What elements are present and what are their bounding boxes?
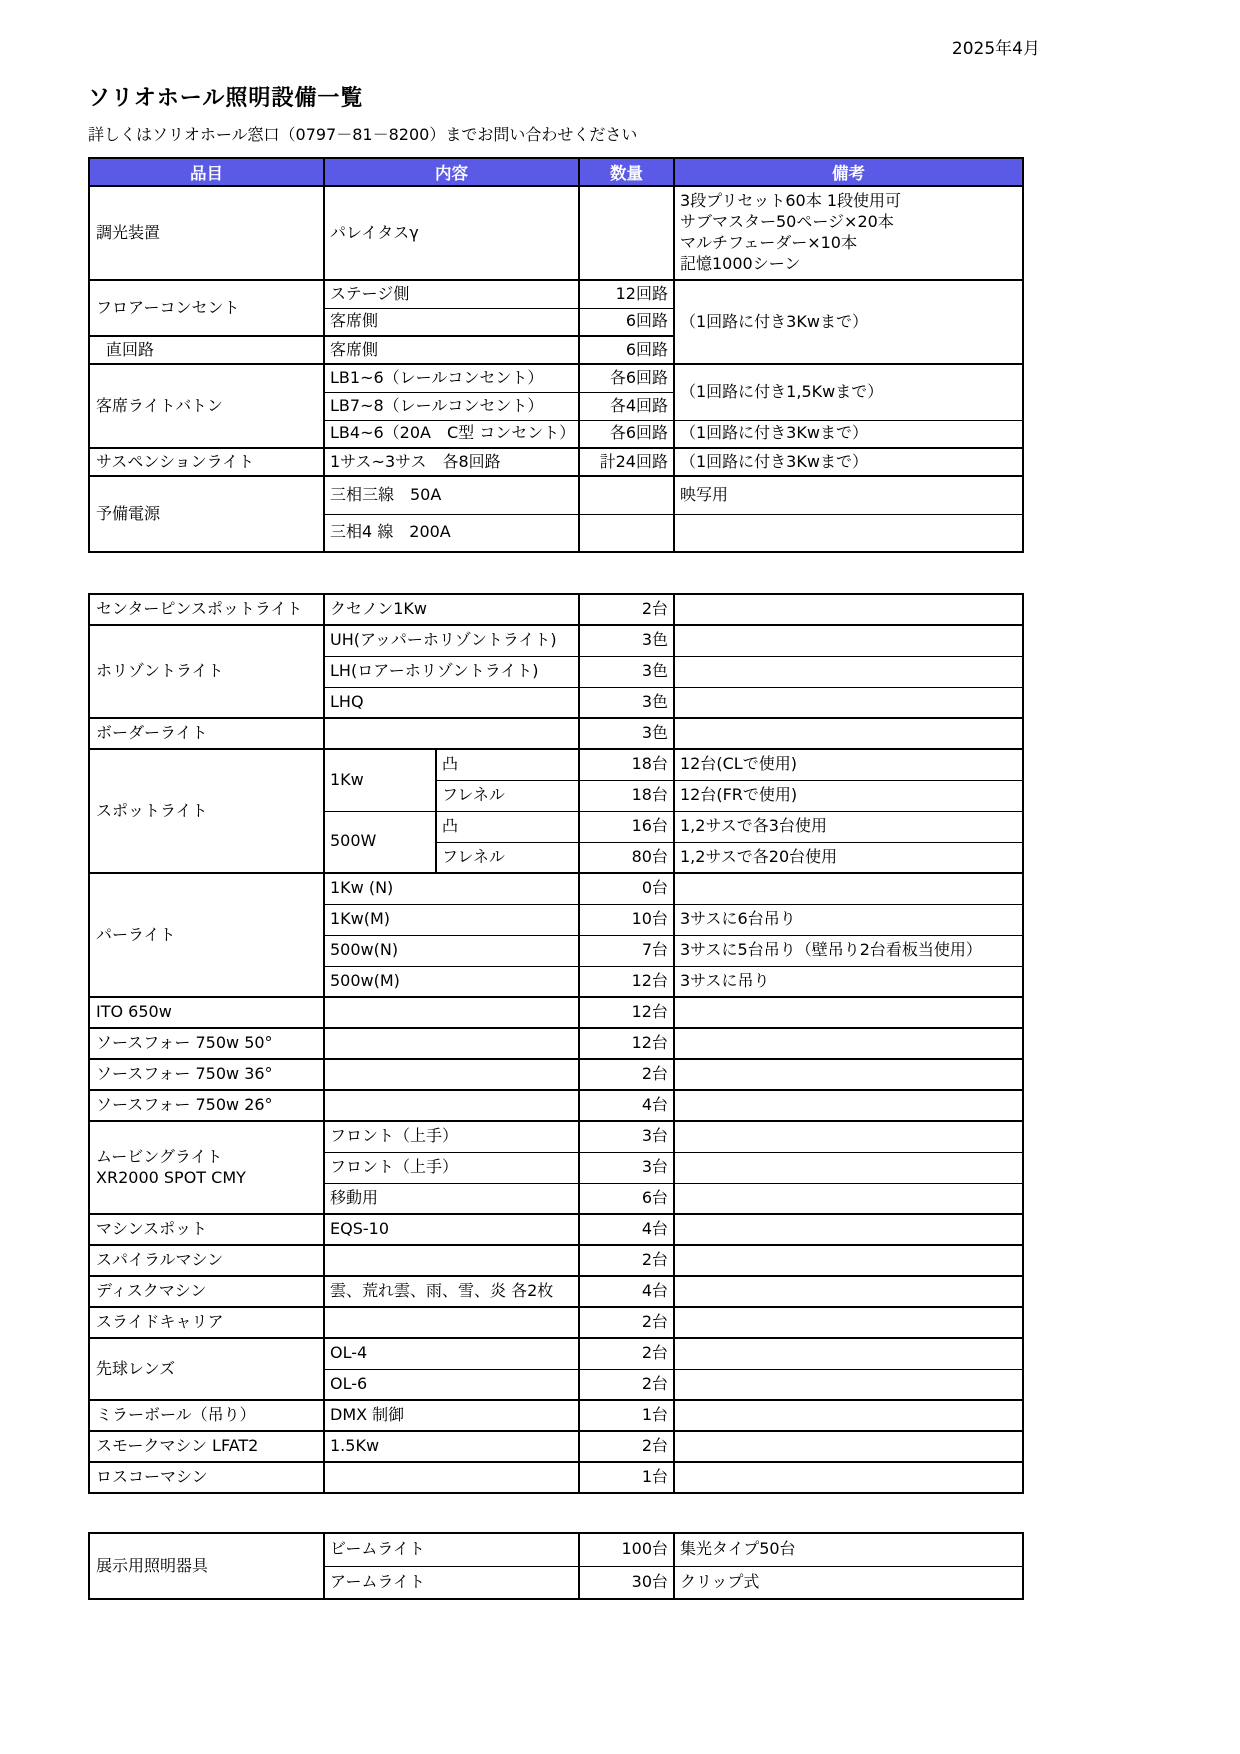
cell-item: センターピンスポットライト bbox=[89, 594, 324, 625]
cell-qty: 30台 bbox=[579, 1566, 674, 1599]
table-row: ボーダーライト 3色 bbox=[89, 718, 1023, 749]
cell-content: LB4~6（20A C型 コンセント） bbox=[324, 420, 579, 448]
cell-qty: 12台 bbox=[579, 966, 674, 997]
cell-qty: 3色 bbox=[579, 625, 674, 656]
table-row: 先球レンズ OL-4 2台 bbox=[89, 1338, 1023, 1369]
cell-note bbox=[674, 997, 1023, 1028]
cell-content: フロント（上手） bbox=[324, 1152, 579, 1183]
cell-note bbox=[674, 1307, 1023, 1338]
cell-content: 500w(N) bbox=[324, 935, 579, 966]
cell-qty: 3色 bbox=[579, 687, 674, 718]
cell-content: 三相三線 50A bbox=[324, 476, 579, 514]
cell-content: ステージ側 bbox=[324, 280, 579, 308]
column-header-content: 内容 bbox=[324, 158, 579, 186]
table-row: ミラーボール（吊り） DMX 制御 1台 bbox=[89, 1400, 1023, 1431]
cell-qty: 18台 bbox=[579, 749, 674, 780]
table-row: スライドキャリア 2台 bbox=[89, 1307, 1023, 1338]
cell-note bbox=[674, 1369, 1023, 1400]
cell-qty: 7台 bbox=[579, 935, 674, 966]
cell-qty: 1台 bbox=[579, 1462, 674, 1493]
cell-subtype: 500W bbox=[324, 811, 436, 873]
cell-qty: 12台 bbox=[579, 1028, 674, 1059]
cell-content bbox=[324, 1307, 579, 1338]
cell-qty: 12回路 bbox=[579, 280, 674, 308]
cell-content: 1Kw (N) bbox=[324, 873, 579, 904]
cell-content bbox=[324, 1059, 579, 1090]
cell-item: スパイラルマシン bbox=[89, 1245, 324, 1276]
table-header-row: 品目 内容 数量 備考 bbox=[89, 158, 1023, 186]
cell-item: ソースフォー 750w 50° bbox=[89, 1028, 324, 1059]
cell-content: 客席側 bbox=[324, 308, 579, 336]
cell-qty: 2台 bbox=[579, 1338, 674, 1369]
cell-lens-type: フレネル bbox=[436, 842, 579, 873]
cell-qty: 4台 bbox=[579, 1276, 674, 1307]
cell-qty: 2台 bbox=[579, 1369, 674, 1400]
spacer bbox=[88, 553, 1040, 593]
table-row: スモークマシン LFAT2 1.5Kw 2台 bbox=[89, 1431, 1023, 1462]
cell-content: EQS-10 bbox=[324, 1214, 579, 1245]
cell-note bbox=[674, 1059, 1023, 1090]
cell-lens-type: 凸 bbox=[436, 811, 579, 842]
cell-content: OL-4 bbox=[324, 1338, 579, 1369]
cell-qty: 1台 bbox=[579, 1400, 674, 1431]
table-row: フロアーコンセント ステージ側 12回路 （1回路に付き3Kwまで） bbox=[89, 280, 1023, 308]
cell-content: 雲、荒れ雲、雨、雪、炎 各2枚 bbox=[324, 1276, 579, 1307]
cell-content: LB7~8（レールコンセント） bbox=[324, 392, 579, 420]
cell-qty: 2台 bbox=[579, 594, 674, 625]
cell-qty: 2台 bbox=[579, 1245, 674, 1276]
cell-qty: 6回路 bbox=[579, 336, 674, 364]
cell-qty: 2台 bbox=[579, 1059, 674, 1090]
cell-content bbox=[324, 1245, 579, 1276]
cell-qty: 各4回路 bbox=[579, 392, 674, 420]
cell-note bbox=[674, 1338, 1023, 1369]
cell-note bbox=[674, 873, 1023, 904]
cell-qty: 3台 bbox=[579, 1152, 674, 1183]
cell-item: 直回路 bbox=[89, 336, 324, 364]
cell-note: （1回路に付き3Kwまで） bbox=[674, 420, 1023, 448]
cell-note bbox=[674, 514, 1023, 552]
cell-note: 1,2サスで各20台使用 bbox=[674, 842, 1023, 873]
cell-lens-type: フレネル bbox=[436, 780, 579, 811]
table-row: ホリゾントライト UH(アッパーホリゾントライト) 3色 bbox=[89, 625, 1023, 656]
cell-content bbox=[324, 1090, 579, 1121]
cell-qty: 3色 bbox=[579, 656, 674, 687]
cell-note: 3サスに吊り bbox=[674, 966, 1023, 997]
cell-qty: 4台 bbox=[579, 1214, 674, 1245]
table-row: 調光装置 パレイタスγ 3段プリセット60本 1段使用可 サブマスター50ページ… bbox=[89, 186, 1023, 280]
table-row: マシンスポット EQS-10 4台 bbox=[89, 1214, 1023, 1245]
cell-note bbox=[674, 1462, 1023, 1493]
column-header-item: 品目 bbox=[89, 158, 324, 186]
cell-item: スモークマシン LFAT2 bbox=[89, 1431, 324, 1462]
column-header-qty: 数量 bbox=[579, 158, 674, 186]
cell-content: 1サス~3サス 各8回路 bbox=[324, 448, 579, 476]
cell-qty: 3台 bbox=[579, 1121, 674, 1152]
cell-content: 1Kw(M) bbox=[324, 904, 579, 935]
cell-note bbox=[674, 1183, 1023, 1214]
cell-content: UH(アッパーホリゾントライト) bbox=[324, 625, 579, 656]
cell-note bbox=[674, 1214, 1023, 1245]
cell-content: OL-6 bbox=[324, 1369, 579, 1400]
cell-content: 1.5Kw bbox=[324, 1431, 579, 1462]
table-row: 予備電源 三相三線 50A 映写用 bbox=[89, 476, 1023, 514]
cell-qty: 0台 bbox=[579, 873, 674, 904]
cell-lens-type: 凸 bbox=[436, 749, 579, 780]
cell-note: クリップ式 bbox=[674, 1566, 1023, 1599]
cell-note bbox=[674, 687, 1023, 718]
cell-item: ロスコーマシン bbox=[89, 1462, 324, 1493]
cell-item: マシンスポット bbox=[89, 1214, 324, 1245]
cell-note: 集光タイプ50台 bbox=[674, 1533, 1023, 1566]
cell-item: 展示用照明器具 bbox=[89, 1533, 324, 1599]
cell-content bbox=[324, 997, 579, 1028]
cell-item: スポットライト bbox=[89, 749, 324, 873]
cell-content: 三相4 線 200A bbox=[324, 514, 579, 552]
cell-qty: 16台 bbox=[579, 811, 674, 842]
table-row: ITO 650w 12台 bbox=[89, 997, 1023, 1028]
cell-content: LB1~6（レールコンセント） bbox=[324, 364, 579, 392]
cell-item: ITO 650w bbox=[89, 997, 324, 1028]
table-row: ディスクマシン 雲、荒れ雲、雨、雪、炎 各2枚 4台 bbox=[89, 1276, 1023, 1307]
cell-qty bbox=[579, 514, 674, 552]
cell-content: 客席側 bbox=[324, 336, 579, 364]
table-row: サスペンションライト 1サス~3サス 各8回路 計24回路 （1回路に付き3Kw… bbox=[89, 448, 1023, 476]
cell-content bbox=[324, 1028, 579, 1059]
cell-note bbox=[674, 656, 1023, 687]
cell-subtype: 1Kw bbox=[324, 749, 436, 811]
cell-qty bbox=[579, 186, 674, 280]
cell-qty: 100台 bbox=[579, 1533, 674, 1566]
cell-note bbox=[674, 625, 1023, 656]
cell-content: パレイタスγ bbox=[324, 186, 579, 280]
cell-content: DMX 制御 bbox=[324, 1400, 579, 1431]
cell-note: 12台(FRで使用) bbox=[674, 780, 1023, 811]
cell-content: フロント（上手） bbox=[324, 1121, 579, 1152]
cell-note bbox=[674, 1431, 1023, 1462]
table-row: 客席ライトバトン LB1~6（レールコンセント） 各6回路 （1回路に付き1,5… bbox=[89, 364, 1023, 392]
cell-qty: 80台 bbox=[579, 842, 674, 873]
cell-note: 12台(CLで使用) bbox=[674, 749, 1023, 780]
cell-content: アームライト bbox=[324, 1566, 579, 1599]
cell-note bbox=[674, 1121, 1023, 1152]
spacer bbox=[88, 1494, 1040, 1532]
cell-qty: 計24回路 bbox=[579, 448, 674, 476]
cell-qty: 6台 bbox=[579, 1183, 674, 1214]
cell-qty bbox=[579, 476, 674, 514]
document-date: 2025年4月 bbox=[88, 34, 1040, 59]
cell-qty: 2台 bbox=[579, 1431, 674, 1462]
page-title: ソリオホール照明設備一覧 bbox=[88, 81, 1040, 112]
cell-qty: 18台 bbox=[579, 780, 674, 811]
cell-note bbox=[674, 718, 1023, 749]
table-row: スポットライト 1Kw 凸 18台 12台(CLで使用) bbox=[89, 749, 1023, 780]
cell-item: フロアーコンセント bbox=[89, 280, 324, 336]
cell-note bbox=[674, 1028, 1023, 1059]
cell-content: LHQ bbox=[324, 687, 579, 718]
cell-item: 客席ライトバトン bbox=[89, 364, 324, 448]
cell-note bbox=[674, 1090, 1023, 1121]
cell-note bbox=[674, 594, 1023, 625]
table-row: スパイラルマシン 2台 bbox=[89, 1245, 1023, 1276]
cell-note: （1回路に付き3Kwまで） bbox=[674, 448, 1023, 476]
cell-content: 移動用 bbox=[324, 1183, 579, 1214]
cell-item: ディスクマシン bbox=[89, 1276, 324, 1307]
cell-qty: 各6回路 bbox=[579, 420, 674, 448]
cell-item: 予備電源 bbox=[89, 476, 324, 552]
cell-item: ムービングライト XR2000 SPOT CMY bbox=[89, 1121, 324, 1214]
cell-content: LH(ロアーホリゾントライト) bbox=[324, 656, 579, 687]
cell-qty: 3色 bbox=[579, 718, 674, 749]
page-subtitle: 詳しくはソリオホール窓口（0797－81－8200）までお問い合わせください bbox=[88, 122, 1040, 145]
table-row: パーライト 1Kw (N) 0台 bbox=[89, 873, 1023, 904]
cell-qty: 6回路 bbox=[579, 308, 674, 336]
cell-note bbox=[674, 1400, 1023, 1431]
cell-content bbox=[324, 1462, 579, 1493]
cell-qty: 各6回路 bbox=[579, 364, 674, 392]
cell-item: ソースフォー 750w 36° bbox=[89, 1059, 324, 1090]
lighting-fixtures-table: センターピンスポットライト クセノン1Kw 2台 ホリゾントライト UH(アッパ… bbox=[88, 593, 1024, 1494]
cell-note: （1回路に付き3Kwまで） bbox=[674, 280, 1023, 364]
cell-item: ホリゾントライト bbox=[89, 625, 324, 718]
cell-item: 先球レンズ bbox=[89, 1338, 324, 1400]
cell-item: 調光装置 bbox=[89, 186, 324, 280]
cell-content: ビームライト bbox=[324, 1533, 579, 1566]
cell-content: クセノン1Kw bbox=[324, 594, 579, 625]
cell-qty: 2台 bbox=[579, 1307, 674, 1338]
cell-content: 500w(M) bbox=[324, 966, 579, 997]
cell-note: 映写用 bbox=[674, 476, 1023, 514]
cell-note bbox=[674, 1276, 1023, 1307]
cell-note: 1,2サスで各3台使用 bbox=[674, 811, 1023, 842]
cell-qty: 4台 bbox=[579, 1090, 674, 1121]
table-row: ロスコーマシン 1台 bbox=[89, 1462, 1023, 1493]
cell-item: ボーダーライト bbox=[89, 718, 324, 749]
table-row: センターピンスポットライト クセノン1Kw 2台 bbox=[89, 594, 1023, 625]
cell-note bbox=[674, 1152, 1023, 1183]
column-header-note: 備考 bbox=[674, 158, 1023, 186]
table-row: ムービングライト XR2000 SPOT CMY フロント（上手） 3台 bbox=[89, 1121, 1023, 1152]
cell-item: ソースフォー 750w 26° bbox=[89, 1090, 324, 1121]
table-row: ソースフォー 750w 36° 2台 bbox=[89, 1059, 1023, 1090]
cell-note: （1回路に付き1,5Kwまで） bbox=[674, 364, 1023, 420]
exhibition-lighting-table: 展示用照明器具 ビームライト 100台 集光タイプ50台 アームライト 30台 … bbox=[88, 1532, 1024, 1600]
cell-qty: 12台 bbox=[579, 997, 674, 1028]
table-row: 展示用照明器具 ビームライト 100台 集光タイプ50台 bbox=[89, 1533, 1023, 1566]
cell-qty: 10台 bbox=[579, 904, 674, 935]
cell-note: 3サスに5台吊り（壁吊り2台看板当使用） bbox=[674, 935, 1023, 966]
power-equipment-table: 品目 内容 数量 備考 調光装置 パレイタスγ 3段プリセット60本 1段使用可… bbox=[88, 157, 1024, 553]
cell-item: スライドキャリア bbox=[89, 1307, 324, 1338]
cell-content bbox=[324, 718, 579, 749]
table-row: ソースフォー 750w 26° 4台 bbox=[89, 1090, 1023, 1121]
page: 2025年4月 ソリオホール照明設備一覧 詳しくはソリオホール窓口（0797－8… bbox=[88, 0, 1040, 1600]
cell-note: 3サスに6台吊り bbox=[674, 904, 1023, 935]
cell-note: 3段プリセット60本 1段使用可 サブマスター50ページ×20本 マルチフェーダ… bbox=[674, 186, 1023, 280]
table-row: ソースフォー 750w 50° 12台 bbox=[89, 1028, 1023, 1059]
cell-item: パーライト bbox=[89, 873, 324, 997]
cell-note bbox=[674, 1245, 1023, 1276]
cell-item: サスペンションライト bbox=[89, 448, 324, 476]
cell-item: ミラーボール（吊り） bbox=[89, 1400, 324, 1431]
